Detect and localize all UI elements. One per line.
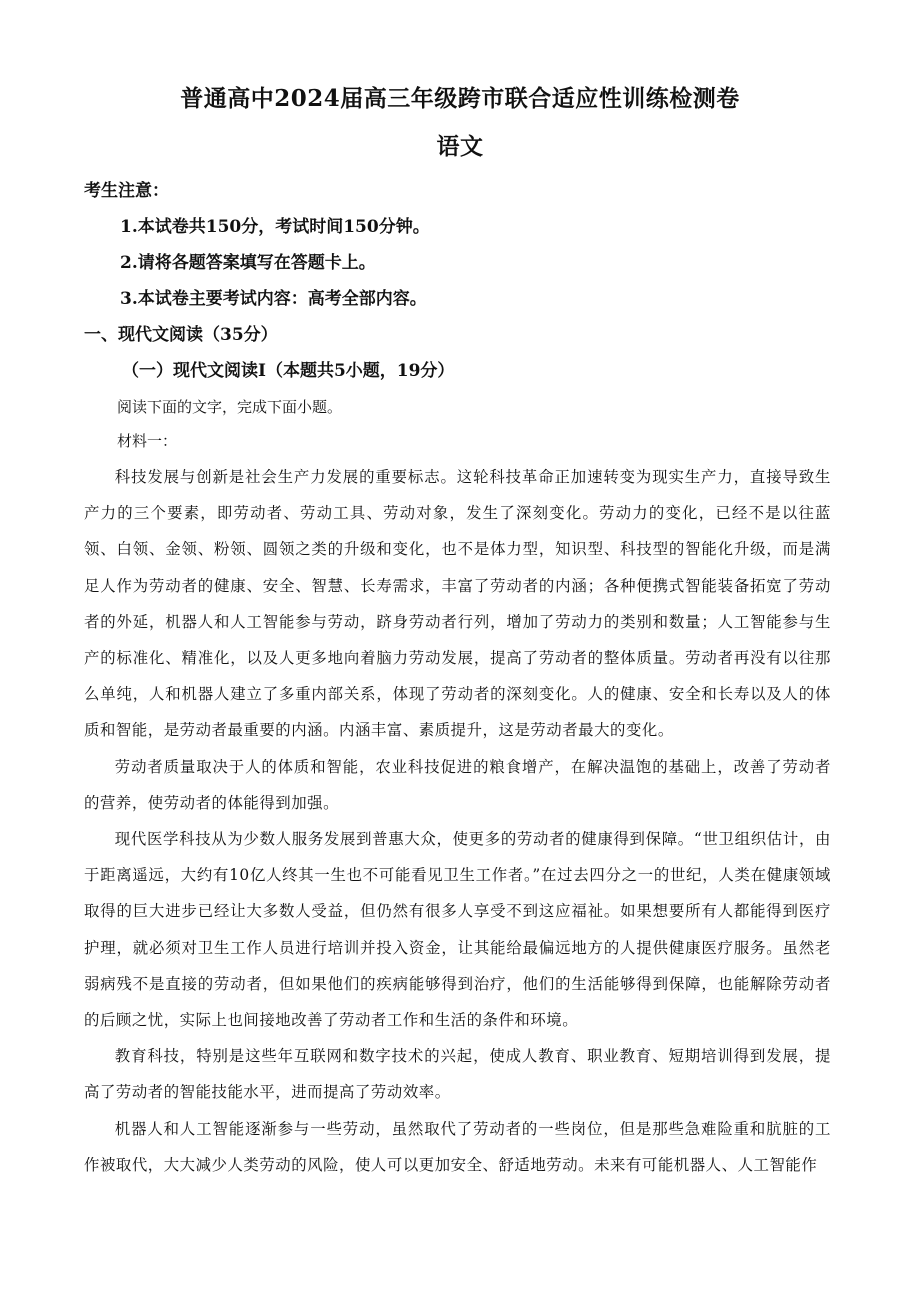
subsection-heading: （一）现代文阅读Ⅰ（本题共5小题，19分） (122, 356, 454, 381)
material-label: 材料一： (117, 430, 177, 451)
notice-heading: 考生注意： (84, 176, 169, 201)
passage-body: 科技发展与创新是社会生产力发展的重要标志。这轮科技革命正加速转变为现实生产力，直… (84, 459, 831, 1183)
paragraph: 教育科技，特别是这些年互联网和数字技术的兴起，使成人教育、职业教育、短期培训得到… (84, 1038, 831, 1110)
paragraph: 劳动者质量取决于人的体质和智能，农业科技促进的粮食增产，在解决温饱的基础上，改善… (84, 749, 831, 821)
exam-title: 普通高中2024届高三年级跨市联合适应性训练检测卷 (0, 80, 920, 113)
reading-instruction: 阅读下面的文字，完成下面小题。 (117, 396, 342, 417)
section-heading: 一、现代文阅读（35分） (84, 320, 278, 345)
exam-page: 普通高中2024届高三年级跨市联合适应性训练检测卷 语文 考生注意： 1.本试卷… (0, 0, 920, 1302)
subject-title: 语文 (0, 128, 920, 161)
notice-item-2: 2.请将各题答案填写在答题卡上。 (120, 248, 376, 273)
paragraph: 科技发展与创新是社会生产力发展的重要标志。这轮科技革命正加速转变为现实生产力，直… (84, 459, 831, 749)
notice-item-1: 1.本试卷共150分，考试时间150分钟。 (120, 212, 430, 237)
notice-item-3: 3.本试卷主要考试内容：高考全部内容。 (120, 284, 427, 309)
paragraph: 现代医学科技从为少数人服务发展到普惠大众，使更多的劳动者的健康得到保障。“世卫组… (84, 821, 831, 1038)
paragraph: 机器人和人工智能逐渐参与一些劳动，虽然取代了劳动者的一些岗位，但是那些急难险重和… (84, 1111, 831, 1183)
